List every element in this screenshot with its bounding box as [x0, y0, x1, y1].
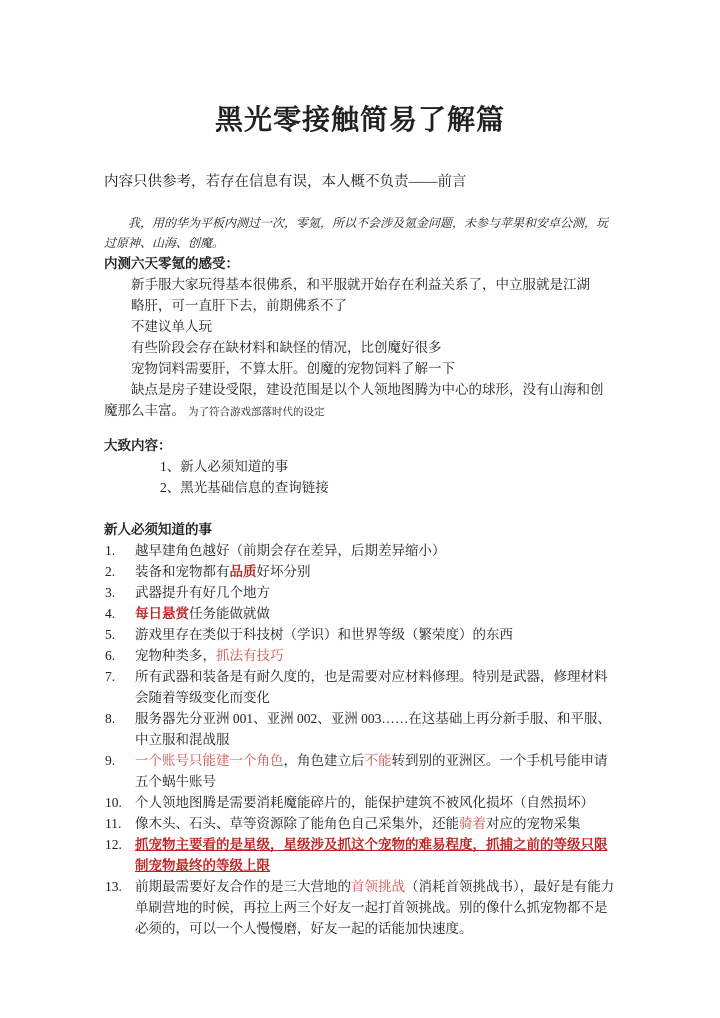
must-know-item: 10.个人领地图腾是需要消耗魔能碎片的，能保护建筑不被风化损坏（自然损坏）	[104, 792, 616, 813]
text-run: 骑着	[459, 816, 486, 831]
text-run: 每日悬赏	[135, 606, 189, 621]
item-number: 9.	[105, 750, 115, 771]
must-know-item: 9.一个账号只能建一个角色，角色建立后不能转到别的亚洲区。一个手机号能申请五个蜗…	[104, 750, 616, 792]
text-run: 品质	[230, 564, 257, 579]
text-run: ，角色建立后	[284, 753, 365, 768]
text-run: 对应的宠物采集	[486, 816, 581, 831]
text-run: 宠物种类多，	[135, 648, 216, 663]
feelings-section: 新手服大家玩得基本很佛系，和平服就开始存在利益关系了，中立服就是江湖略肝，可一直…	[104, 274, 616, 423]
text-run: 抓宠物主要看的是星级，星级涉及抓这个宠物的难易程度，抓捕之前的等级只限制宠物最终…	[135, 837, 608, 873]
must-know-item: 1.越早建角色越好（前期会存在差异，后期差异缩小）	[104, 540, 616, 561]
text-run: 抓法有技巧	[216, 648, 284, 663]
overview-heading: 大致内容：	[104, 435, 616, 456]
item-number: 4.	[105, 603, 115, 624]
text-run: 所有武器和装备是有耐久度的，也是需要对应材料修理。特别是武器，修理材料会随着等级…	[135, 669, 608, 705]
must-know-item: 13.前期最需要好友合作的是三大营地的首领挑战（消耗首领挑战书），最好是有能力单…	[104, 876, 616, 939]
text-run: 前期最需要好友合作的是三大营地的	[135, 879, 351, 894]
text-run: 有些阶段会存在缺材料和缺怪的情况，比创魔好很多	[131, 340, 442, 355]
item-number: 2.	[105, 561, 115, 582]
blank-line	[104, 498, 616, 519]
text-run: 像木头、石头、草等资源除了能角色自己采集外，还能	[135, 816, 459, 831]
must-know-item: 2.装备和宠物都有品质好坏分别	[104, 561, 616, 582]
item-number: 6.	[105, 645, 115, 666]
feelings-line: 新手服大家玩得基本很佛系，和平服就开始存在利益关系了，中立服就是江湖	[104, 274, 616, 295]
page-title: 黑光零接触简易了解篇	[104, 104, 616, 138]
item-number: 7.	[105, 666, 115, 687]
feelings-line: 缺点是房子建设受限，建设范围是以个人领地图腾为中心的球形，没有山海和创魔那么丰富…	[104, 379, 616, 423]
intro-note: 我，用的华为平板内测过一次，零氪，所以不会涉及氪金问题，未参与苹果和安卓公测，玩…	[104, 213, 616, 253]
must-know-item: 4.每日悬赏任务能做就做	[104, 603, 616, 624]
text-run: 好坏分别	[257, 564, 311, 579]
text-run: 新手服大家玩得基本很佛系，和平服就开始存在利益关系了，中立服就是江湖	[131, 277, 590, 292]
text-run: 略肝，可一直肝下去，前期佛系不了	[131, 298, 347, 313]
must-know-item: 6.宠物种类多，抓法有技巧	[104, 645, 616, 666]
text-run: 越早建角色越好（前期会存在差异，后期差异缩小）	[135, 543, 446, 558]
text-run: 一个账号只能建一个角色	[135, 753, 284, 768]
item-number: 3.	[105, 582, 115, 603]
must-know-item: 5.游戏里存在类似于科技树（学识）和世界等级（繁荣度）的东西	[104, 624, 616, 645]
must-know-list: 1.越早建角色越好（前期会存在差异，后期差异缩小）2.装备和宠物都有品质好坏分别…	[104, 540, 616, 939]
text-run: 服务器先分亚洲 001、亚洲 002、亚洲 003……在这基础上再分新手服、和平…	[135, 711, 611, 747]
text-run: 不能	[365, 753, 392, 768]
document-page: 黑光零接触简易了解篇 内容只供参考，若存在信息有误，本人概不负责——前言 我，用…	[0, 0, 720, 1018]
text-run: 为了符合游戏部落时代的设定	[188, 407, 325, 418]
overview-item-1: 1、新人必须知道的事	[104, 456, 616, 477]
must-know-heading: 新人必须知道的事	[104, 519, 616, 540]
feelings-heading: 内测六天零氪的感受：	[104, 253, 616, 274]
must-know-item: 8.服务器先分亚洲 001、亚洲 002、亚洲 003……在这基础上再分新手服、…	[104, 708, 616, 750]
feelings-line: 略肝，可一直肝下去，前期佛系不了	[104, 295, 616, 316]
item-number: 11.	[105, 813, 121, 834]
item-number: 8.	[105, 708, 115, 729]
text-run: 缺点是房子建设受限，建设范围是以个人领地图腾为中心的球形，没有山海和创魔那么丰富…	[104, 382, 604, 418]
item-number: 12.	[105, 834, 122, 855]
preface-line: 内容只供参考，若存在信息有误，本人概不负责——前言	[104, 172, 616, 193]
must-know-item: 11.像木头、石头、草等资源除了能角色自己采集外，还能骑着对应的宠物采集	[104, 813, 616, 834]
text-run: 首领挑战	[351, 879, 405, 894]
item-number: 10.	[105, 792, 122, 813]
text-run: 武器提升有好几个地方	[135, 585, 270, 600]
must-know-item: 12.抓宠物主要看的是星级，星级涉及抓这个宠物的难易程度，抓捕之前的等级只限制宠…	[104, 834, 616, 876]
item-number: 5.	[105, 624, 115, 645]
overview-section: 1、新人必须知道的事 2、黑光基础信息的查询链接	[104, 456, 616, 498]
must-know-item: 3.武器提升有好几个地方	[104, 582, 616, 603]
feelings-line: 不建议单人玩	[104, 316, 616, 337]
text-run: 游戏里存在类似于科技树（学识）和世界等级（繁荣度）的东西	[135, 627, 513, 642]
text-run: 任务能做就做	[189, 606, 270, 621]
text-run: 宠物饲料需要肝，不算太肝。创魔的宠物饲料了解一下	[131, 361, 455, 376]
text-run: 个人领地图腾是需要消耗魔能碎片的，能保护建筑不被风化损坏（自然损坏）	[135, 795, 594, 810]
must-know-item: 7.所有武器和装备是有耐久度的，也是需要对应材料修理。特别是武器，修理材料会随着…	[104, 666, 616, 708]
feelings-line: 有些阶段会存在缺材料和缺怪的情况，比创魔好很多	[104, 337, 616, 358]
text-run: 不建议单人玩	[131, 319, 212, 334]
item-number: 1.	[105, 540, 115, 561]
overview-item-2: 2、黑光基础信息的查询链接	[104, 477, 616, 498]
item-number: 13.	[105, 876, 122, 897]
text-run: 装备和宠物都有	[135, 564, 230, 579]
feelings-line: 宠物饲料需要肝，不算太肝。创魔的宠物饲料了解一下	[104, 358, 616, 379]
